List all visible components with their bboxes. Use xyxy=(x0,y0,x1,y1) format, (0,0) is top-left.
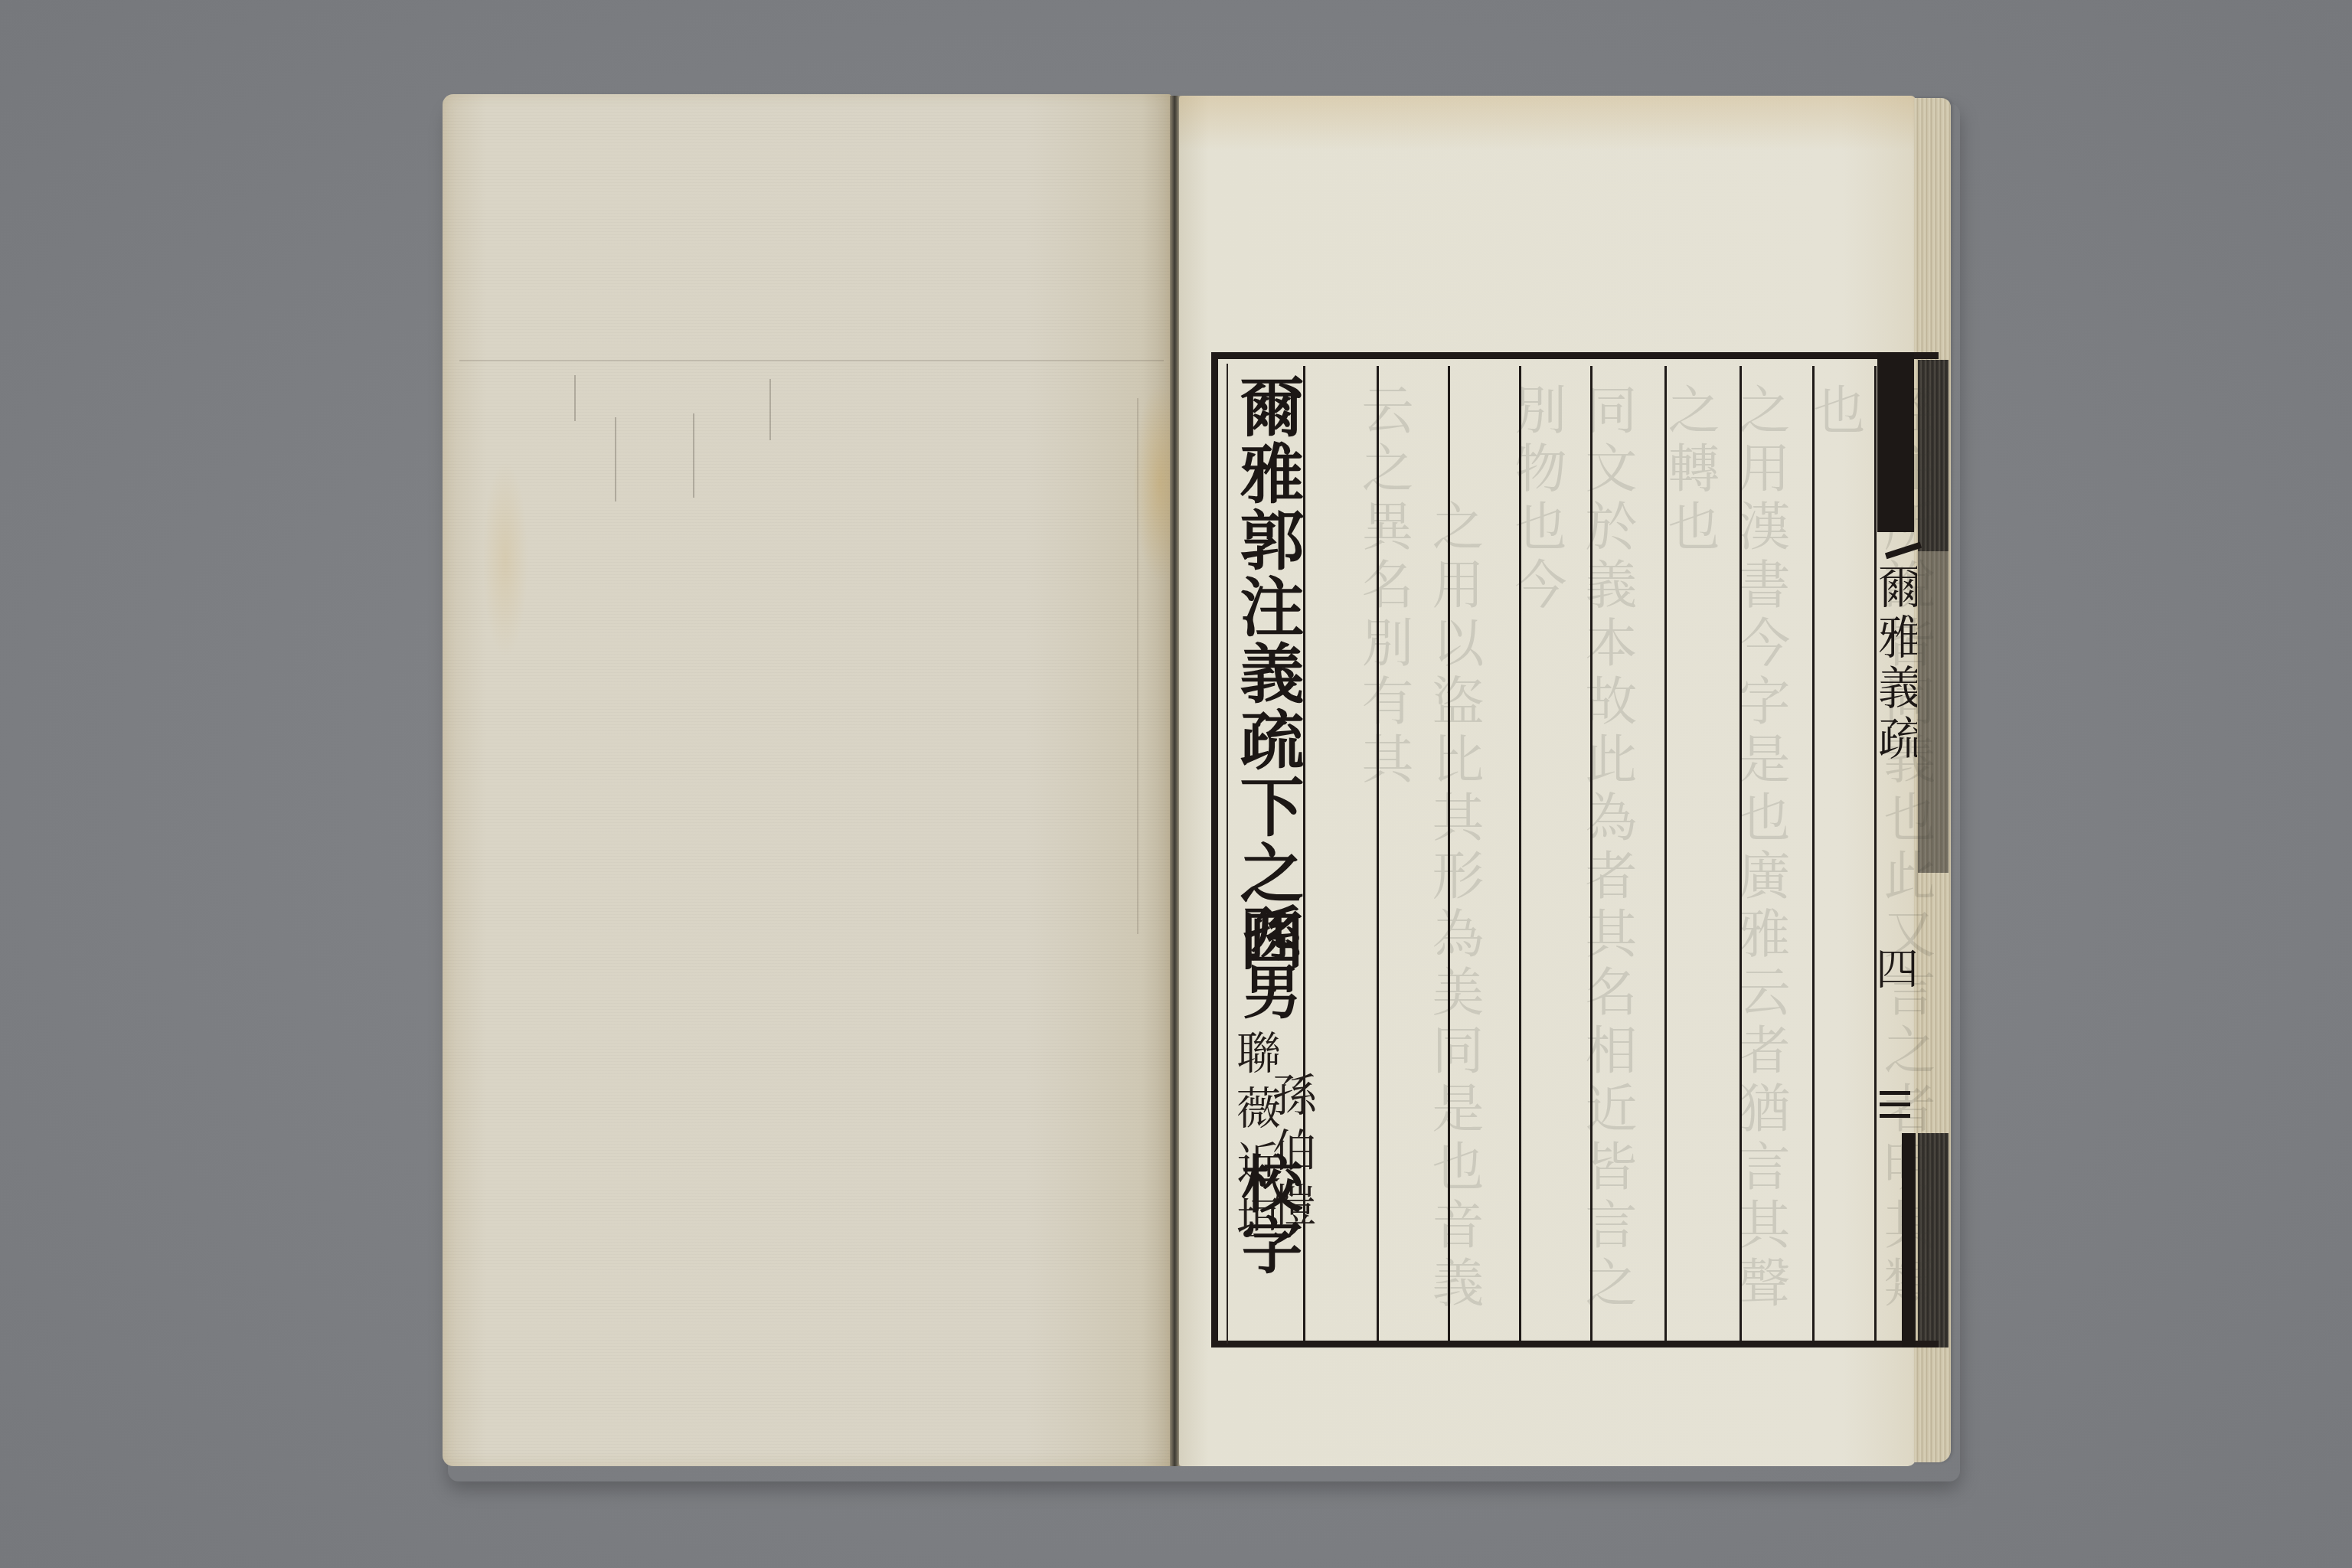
column-rule xyxy=(1590,366,1592,1347)
column-rule xyxy=(1739,366,1742,1347)
black-mouth-bottom xyxy=(1902,1133,1916,1347)
printed-border-frame xyxy=(1211,352,1939,1347)
column-rule xyxy=(1377,366,1379,1347)
column-rule xyxy=(1448,366,1450,1347)
left-page-showthrough-rule xyxy=(574,375,576,421)
left-page-showthrough-top-line xyxy=(459,360,1164,361)
credit-prefix: 孫男 xyxy=(1233,903,1302,1020)
chapter-title: 爾雅郭注義疏下之四 xyxy=(1229,374,1305,973)
column-rule xyxy=(1519,366,1521,1347)
block-center-volume: 四 xyxy=(1876,936,1916,997)
column-rule xyxy=(1664,366,1667,1347)
left-page-showthrough-rule xyxy=(693,413,694,498)
black-mouth-top xyxy=(1877,352,1914,532)
left-page-showthrough-rule xyxy=(615,417,616,501)
left-page-showthrough-rule xyxy=(769,379,771,440)
block-center-title: 爾雅義疏 xyxy=(1877,563,1917,765)
paper-stain xyxy=(482,459,528,658)
open-book: 之用以盜比其形為美同是也音義云之異名別有其 同文於義本故此為者其名相近皆言之別物… xyxy=(0,0,2352,1568)
column-rule xyxy=(1874,366,1877,1347)
column-rule xyxy=(1812,366,1815,1347)
credit-suffix: 校字 xyxy=(1229,1152,1305,1275)
block-center-page-number xyxy=(1880,1091,1910,1125)
inner-border-line xyxy=(1227,364,1228,1344)
left-page xyxy=(443,94,1171,1466)
